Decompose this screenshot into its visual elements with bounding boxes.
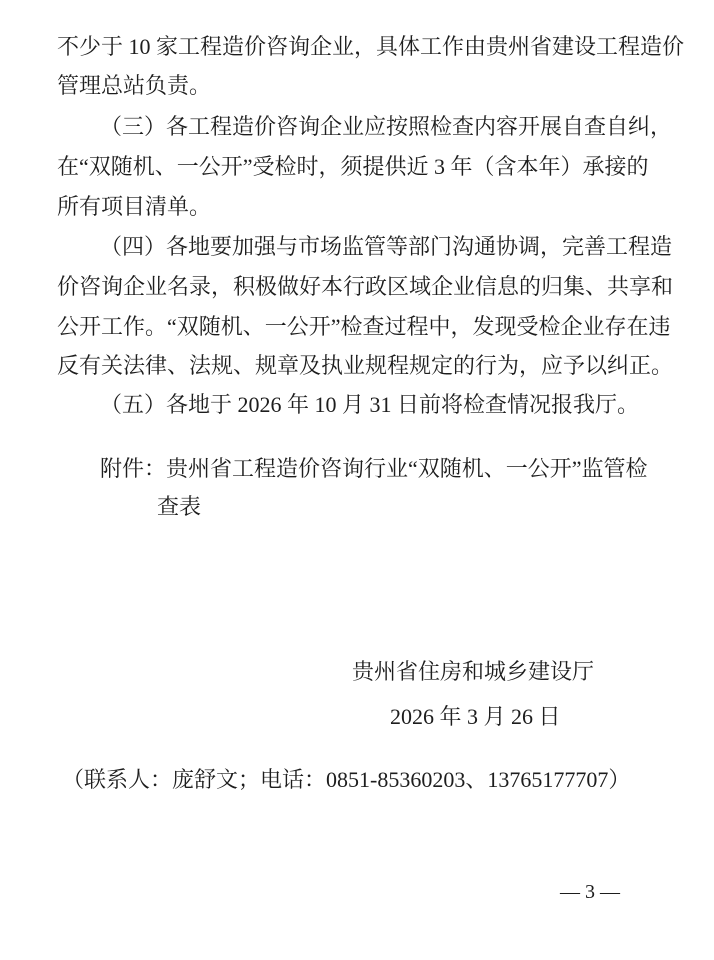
body-line-1: 不少于 10 家工程造价咨询企业，具体工作由贵州省建设工程造价 (57, 33, 684, 61)
body-line-4: 在“双随机、一公开”受检时，须提供近 3 年（含本年）承接的 (57, 153, 649, 181)
body-line-5: 所有项目清单。 (57, 193, 211, 221)
document-page: 不少于 10 家工程造价咨询企业，具体工作由贵州省建设工程造价 管理总站负责。 … (0, 0, 714, 960)
body-line-7: 价咨询企业名录，积极做好本行政区域企业信息的归集、共享和 (57, 273, 673, 301)
attachment-line-1: 附件：贵州省工程造价咨询行业“双随机、一公开”监管检 (100, 455, 648, 483)
contact-info: （联系人：庞舒文；电话：0851-85360203、13765177707） (62, 766, 630, 794)
body-line-6: （四）各地要加强与市场监管等部门沟通协调，完善工程造 (100, 233, 672, 261)
body-line-10: （五）各地于 2026 年 10 月 31 日前将检查情况报我厅。 (100, 391, 639, 419)
signature-organization: 贵州省住房和城乡建设厅 (352, 658, 594, 686)
signature-date: 2026 年 3 月 26 日 (390, 703, 561, 731)
body-line-9: 反有关法律、法规、规章及执业规程规定的行为，应予以纠正。 (57, 352, 673, 380)
attachment-line-2: 查表 (157, 493, 201, 521)
body-line-3: （三）各工程造价咨询企业应按照检查内容开展自查自纠， (100, 113, 672, 141)
body-line-8: 公开工作。“双随机、一公开”检查过程中，发现受检企业存在违 (57, 313, 671, 341)
body-line-2: 管理总站负责。 (57, 72, 211, 100)
page-number: — 3 — (560, 881, 620, 904)
